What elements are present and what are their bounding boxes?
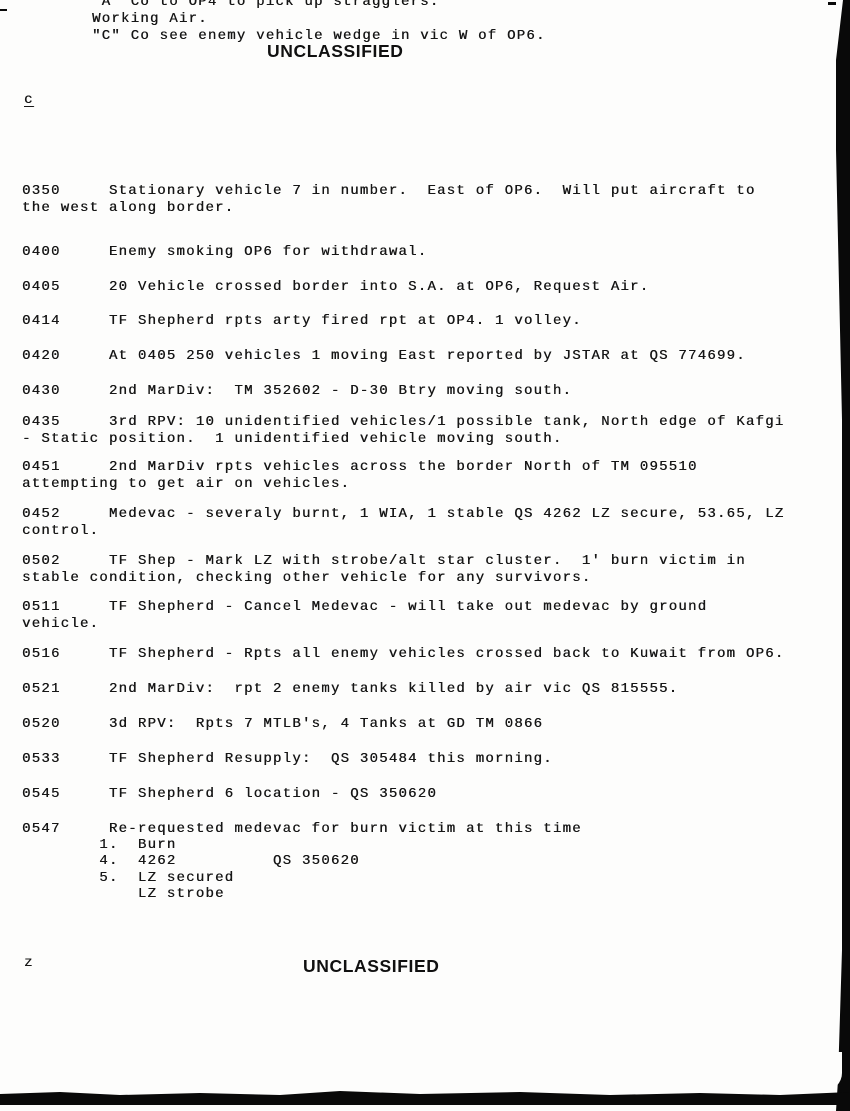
log-entry-0452: 0452 Medevac - severaly burnt, 1 WIA, 1 … xyxy=(22,506,784,540)
log-entry-0414: 0414 TF Shepherd rpts arty fired rpt at … xyxy=(22,313,582,330)
log-entry-0545: 0545 TF Shepherd 6 location - QS 350620 xyxy=(22,786,437,803)
scanned-document-page: "A" Co to OP4 to pick up stragglers. Wor… xyxy=(0,0,850,1111)
log-entry-0502: 0502 TF Shep - Mark LZ with strobe/alt s… xyxy=(22,553,746,587)
log-entry-0400: 0400 Enemy smoking OP6 for withdrawal. xyxy=(22,244,427,261)
left-margin-mark-top: c xyxy=(24,92,34,109)
log-entry-0511: 0511 TF Shepherd - Cancel Medevac - will… xyxy=(22,599,707,633)
log-entry-0451: 0451 2nd MarDiv rpts vehicles across the… xyxy=(22,459,698,493)
classification-banner-bottom: UNCLASSIFIED xyxy=(303,956,440,977)
log-entry-0516: 0516 TF Shepherd - Rpts all enemy vehicl… xyxy=(22,646,784,663)
log-entry-0350: 0350 Stationary vehicle 7 in number. Eas… xyxy=(22,183,756,217)
header-continuation-text: "A" Co to OP4 to pick up stragglers. Wor… xyxy=(92,0,546,45)
log-entry-0435: 0435 3rd RPV: 10 unidentified vehicles/1… xyxy=(22,414,784,448)
log-entry-0405: 0405 20 Vehicle crossed border into S.A.… xyxy=(22,279,649,296)
classification-banner-top: UNCLASSIFIED xyxy=(267,41,404,62)
log-entry-0430: 0430 2nd MarDiv: TM 352602 - D-30 Btry m… xyxy=(22,383,572,400)
log-entry-0533: 0533 TF Shepherd Resupply: QS 305484 thi… xyxy=(22,751,553,768)
scan-edge-bottom xyxy=(0,1090,850,1105)
log-entry-0521: 0521 2nd MarDiv: rpt 2 enemy tanks kille… xyxy=(22,681,678,698)
scan-edge-right xyxy=(828,0,850,1111)
log-entry-0520: 0520 3d RPV: Rpts 7 MTLB's, 4 Tanks at G… xyxy=(22,716,543,733)
log-entry-0547: 0547 Re-requested medevac for burn victi… xyxy=(22,821,582,902)
left-margin-mark-bottom: z xyxy=(24,955,34,972)
log-entry-0420: 0420 At 0405 250 vehicles 1 moving East … xyxy=(22,348,746,365)
page-corner xyxy=(808,1052,842,1091)
scan-mark-top-right xyxy=(828,2,836,5)
scan-mark-top-left xyxy=(0,9,7,11)
